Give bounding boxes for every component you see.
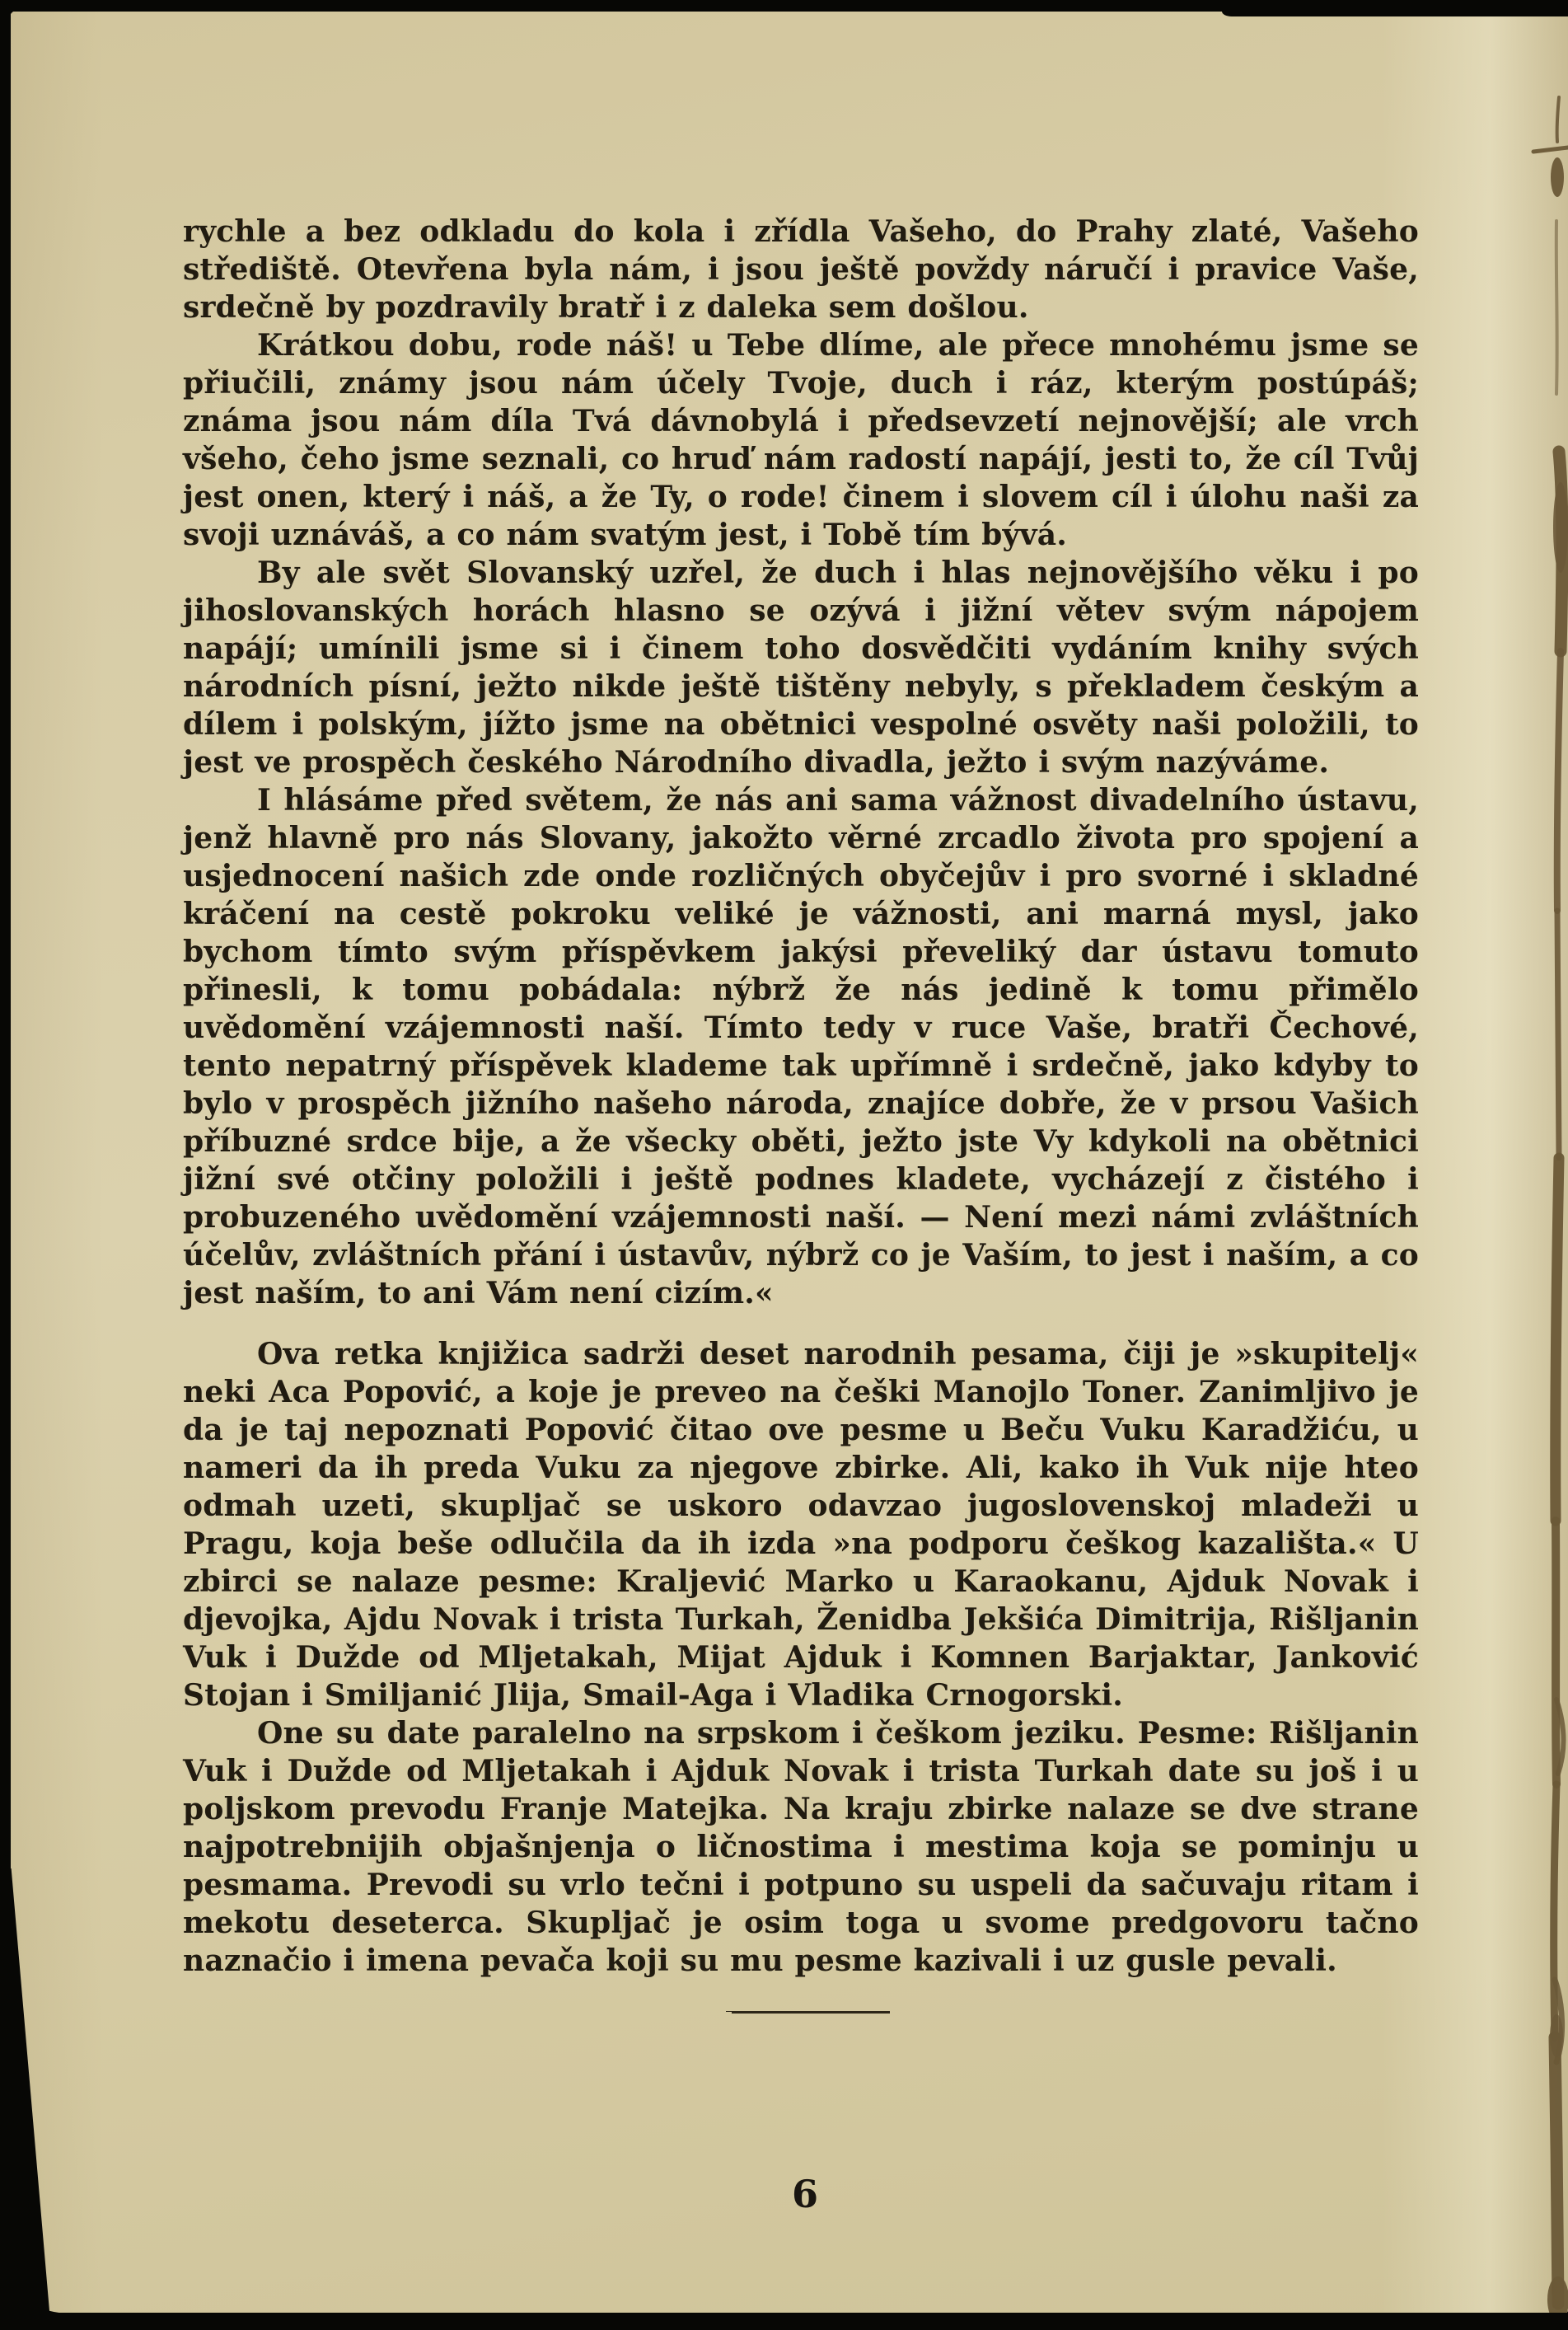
- section-divider-rule: [732, 2011, 890, 2014]
- book-gutter-shadow-icon: [1520, 0, 1568, 2330]
- paragraph: By ale svět Slovanský uzřel, že duch i h…: [183, 554, 1419, 781]
- scan-edge-top-right: [1222, 0, 1568, 16]
- text-block: rychle a bez odkladu do kola i zřídla Va…: [183, 213, 1419, 1980]
- paragraph: I hlásáme před světem, že nás ani sama v…: [183, 781, 1419, 1312]
- paragraph: rychle a bez odkladu do kola i zřídla Va…: [183, 213, 1419, 326]
- book-page: rychle a bez odkladu do kola i zřídla Va…: [10, 11, 1568, 2314]
- scan-edge-bottom: [0, 2313, 1568, 2330]
- scanned-book-page: { "content": { "page_number": "6", "para…: [0, 0, 1568, 2330]
- paragraph: One su date paralelno na srpskom i češko…: [183, 1714, 1419, 1980]
- paragraph: Krátkou dobu, rode náš! u Tebe dlíme, al…: [183, 326, 1419, 554]
- paragraph: Ova retka knjižica sadrži deset narodnih…: [183, 1335, 1419, 1714]
- page-number: 6: [756, 2172, 854, 2216]
